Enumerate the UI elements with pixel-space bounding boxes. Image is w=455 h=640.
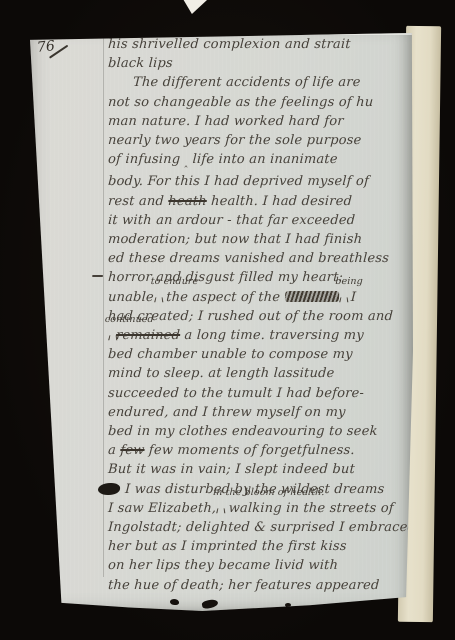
manuscript-text-segment: a long time. traversing my <box>180 328 364 343</box>
inserted-text: in the bloom of health. <box>216 499 225 512</box>
page-number: 76 <box>36 38 55 56</box>
manuscript-line: not so changeable as the feelings of hu <box>107 93 411 112</box>
manuscript-line: continuedremained a long time. traversin… <box>107 326 411 345</box>
manuscript-line: on her lips they became livid with <box>107 556 411 575</box>
manuscript-text-segment: health. I had desired <box>206 194 352 209</box>
inserted-text: being <box>338 288 347 301</box>
manuscript-text-segment: body. For this I had deprived myself of <box>108 174 370 189</box>
manuscript-page: 76 his shrivelled complexion and straitb… <box>30 33 413 611</box>
ink-smudge <box>201 598 218 609</box>
manuscript-line: mind to sleep. at length lassitude <box>107 364 411 383</box>
manuscript-text-segment: bed chamber unable to compose my <box>108 347 353 362</box>
manuscript-line: endured, and I threw myself on my <box>107 403 411 422</box>
inserted-text-label: continued <box>105 315 154 325</box>
manuscript-text-segment: black lips <box>108 56 174 71</box>
manuscript-text-segment: life into an inanimate <box>188 152 338 167</box>
manuscript-line: a few few moments of forgetfulness. <box>107 441 411 460</box>
manuscript-text-segment: few moments of forgetfulness. <box>144 443 355 458</box>
manuscript-text-segment: walking in the streets of <box>224 501 394 516</box>
inserted-text: to endure <box>154 288 163 301</box>
manuscript-text-segment: man nature. I had worked hard for <box>108 114 345 129</box>
struck-out-word: few <box>120 443 145 458</box>
manuscript-text-segment: endured, and I threw myself on my <box>108 405 346 420</box>
manuscript-line: bed in my clothes endeavouring to seek <box>107 422 411 441</box>
inserted-text-label: in the bloom of health. <box>213 488 325 498</box>
top-notch <box>181 0 207 14</box>
insertion-caret-icon <box>154 297 163 302</box>
manuscript-text-segment: The different accidents of life are <box>133 75 361 90</box>
manuscript-text-segment: unable <box>108 290 155 305</box>
manuscript-line: The different accidents of life are <box>107 73 411 92</box>
manuscript-text-segment: on her lips they became livid with <box>108 558 339 573</box>
manuscript-text-segment: But it was in vain; I slept indeed but <box>108 462 356 477</box>
struck-out-word: remained <box>116 328 181 343</box>
insertion-caret-icon <box>108 335 117 340</box>
manuscript-line: rest and heath health. I had desired <box>107 192 411 211</box>
manuscript-line: it with an ardour - that far exceeded <box>107 211 411 230</box>
manuscript-text-segment: succeeded to the tumult I had before- <box>108 386 365 401</box>
manuscript-line: moderation; but now that I had finish <box>107 230 411 249</box>
scribbled-out-word <box>284 291 339 302</box>
manuscript-text-segment: his shrivelled complexion and strait <box>108 37 351 52</box>
manuscript-text-segment: the aspect of the <box>161 290 284 305</box>
manuscript-text-segment: mind to sleep. at length lassitude <box>108 366 335 381</box>
manuscript-text-segment: moderation; but now that I had finish <box>108 232 363 247</box>
manuscript-line: her but as I imprinted the first kiss <box>107 537 411 556</box>
manuscript-line: nearly two years for the sole purpose <box>107 131 411 150</box>
inserted-text-label: being <box>335 277 363 287</box>
inserted-text: continued <box>108 326 117 339</box>
ink-blot <box>98 483 121 495</box>
manuscript-line: bed chamber unable to compose my <box>107 345 411 364</box>
manuscript-line: Ingolstadt; delighted & surprised I embr… <box>107 518 411 537</box>
manuscript-line: But it was in vain; I slept indeed but <box>107 460 411 479</box>
manuscript-text-segment: Ingolstadt; delighted & surprised I embr… <box>108 520 417 535</box>
manuscript-text-segment: horror and disgust filled my heart: <box>108 270 344 285</box>
inserted-text-label: to endure <box>150 277 198 287</box>
manuscript-line: unableto endure the aspect of the being … <box>107 288 411 307</box>
manuscript-line: I saw Elizabeth,in the bloom of health. … <box>107 499 411 518</box>
manuscript-text-segment: ed these dreams vanished and breathless <box>108 251 390 266</box>
manuscript-line: body. For this I had deprived myself of <box>107 172 411 191</box>
manuscript-line: his shrivelled complexion and strait <box>107 35 411 54</box>
manuscript-line: man nature. I had worked hard for <box>107 112 411 131</box>
struck-out-word: heath <box>168 194 207 209</box>
insertion-caret-icon <box>339 297 348 302</box>
manuscript-line: of infusing ‸ life into an inanimate <box>107 150 411 172</box>
manuscript-line: succeeded to the tumult I had before- <box>107 384 411 403</box>
manuscript-text-segment: of infusing <box>108 152 185 167</box>
manuscript-text-segment: bed in my clothes endeavouring to seek <box>108 424 378 439</box>
manuscript-text-segment: I saw Elizabeth, <box>108 501 217 516</box>
margin-fold-line <box>103 37 104 577</box>
manuscript-text-segment: it with an ardour - that far exceeded <box>108 213 356 228</box>
manuscript-text-segment: her but as I imprinted the first kiss <box>108 539 347 554</box>
manuscript-line: ed these dreams vanished and breathless <box>107 249 411 268</box>
manuscript-text-segment: nearly two years for the sole purpose <box>108 133 362 148</box>
manuscript-photo: 76 his shrivelled complexion and straitb… <box>0 0 455 640</box>
manuscript-text-segment: the hue of death; her features appeared <box>108 578 380 593</box>
manuscript-text: his shrivelled complexion and straitblac… <box>108 35 411 595</box>
manuscript-line: black lips <box>107 54 411 73</box>
ink-smudge <box>285 603 291 607</box>
ink-smudge <box>170 599 179 605</box>
insertion-caret-icon <box>216 508 225 513</box>
manuscript-line: the hue of death; her features appeared <box>107 576 411 595</box>
manuscript-text-segment: rest and <box>108 194 169 209</box>
margin-dash <box>92 275 103 277</box>
manuscript-text-segment: not so changeable as the feelings of hu <box>108 95 374 110</box>
